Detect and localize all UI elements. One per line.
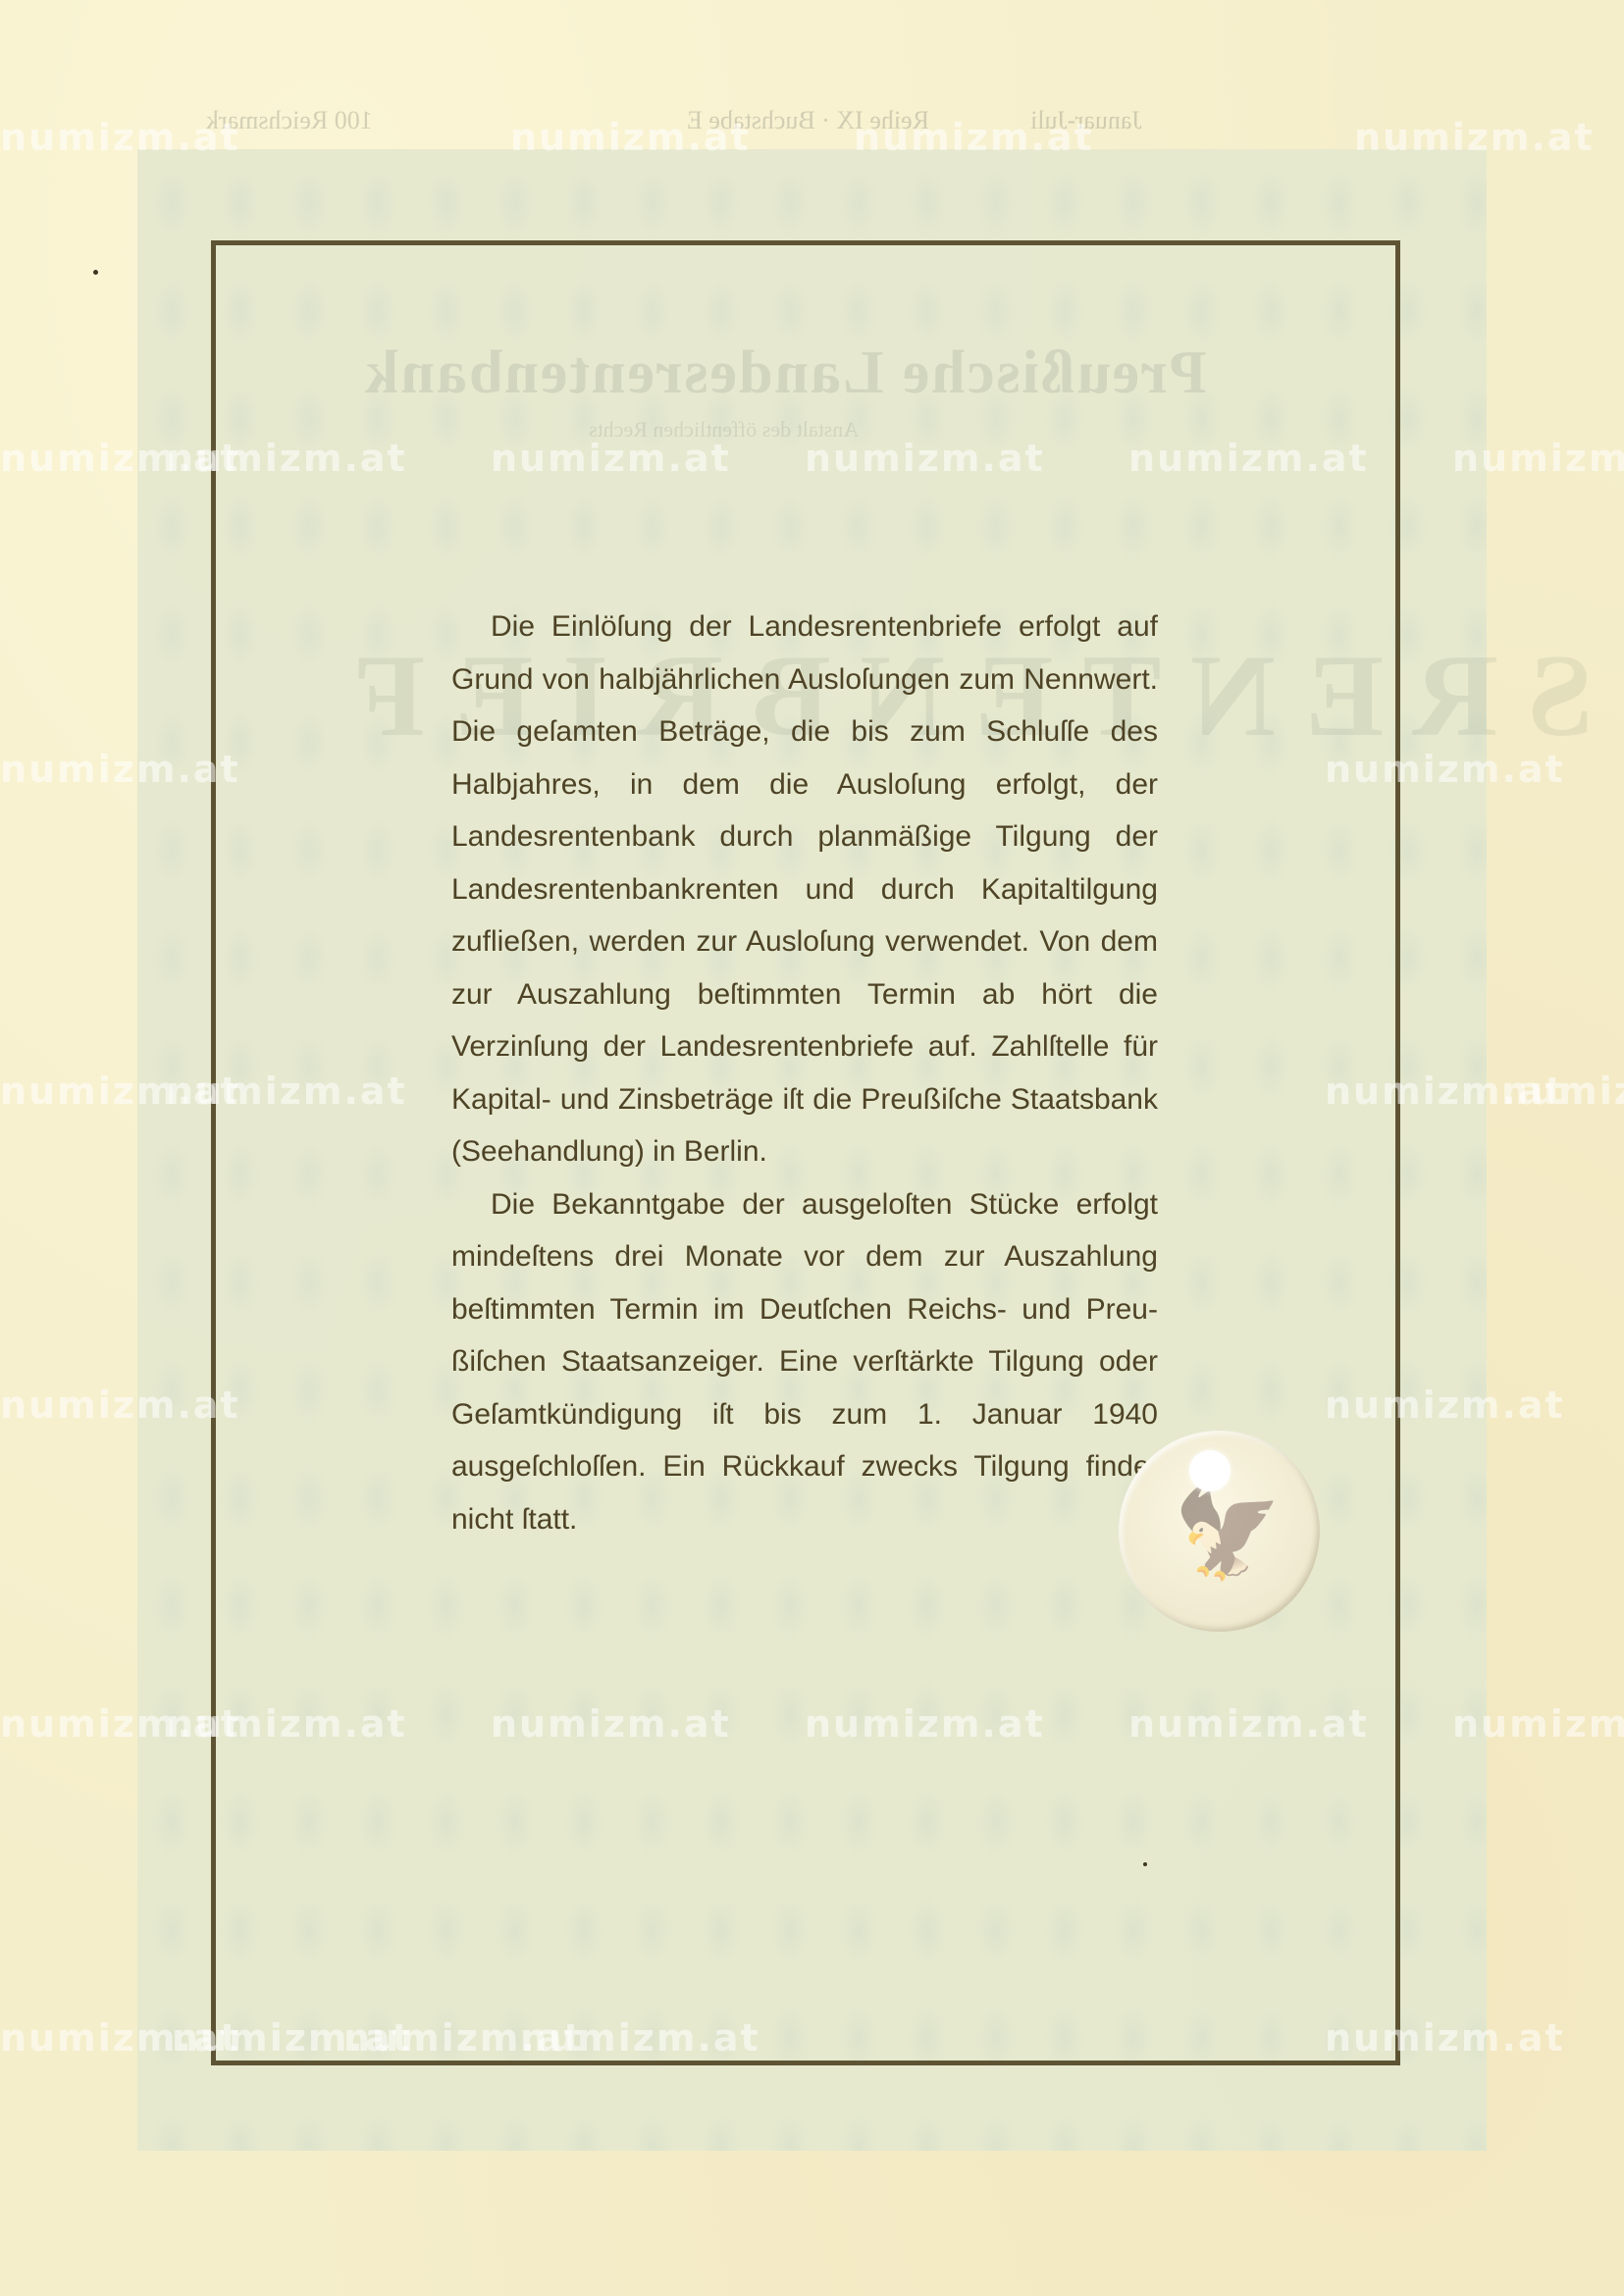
speck	[1143, 1862, 1147, 1866]
watermark: numizm.at	[491, 1702, 731, 1746]
watermark: numizm.at	[1501, 1070, 1624, 1113]
watermark: numizm.at	[1452, 1702, 1624, 1746]
paragraph-announcement: Die Bekanntgabe der ausgeloſten Stücke e…	[451, 1178, 1158, 1546]
watermark: numizm.at	[1128, 437, 1369, 480]
watermark: numizm.at	[854, 116, 1094, 159]
watermark: numizm.at	[0, 116, 240, 159]
punch-hole	[1189, 1450, 1231, 1491]
watermark: numizm.at	[1325, 748, 1565, 791]
watermark: numizm.at	[167, 1702, 407, 1746]
watermark: numizm.at	[0, 1383, 240, 1427]
watermark: numizm.at	[520, 2016, 760, 2060]
watermark: numizm.at	[510, 116, 751, 159]
watermark: numizm.at	[491, 437, 731, 480]
watermark: numizm.at	[1325, 2016, 1565, 2060]
paragraph-redemption: Die Einlöſung der Landesrentenbriefe erf…	[451, 600, 1158, 1178]
watermark: numizm.at	[1452, 437, 1624, 480]
watermark: numizm.at	[1325, 1383, 1565, 1427]
watermark: numizm.at	[167, 437, 407, 480]
watermark: numizm.at	[805, 1702, 1045, 1746]
watermark: numizm.at	[1354, 116, 1595, 159]
watermark: numizm.at	[1128, 1702, 1369, 1746]
watermark: numizm.at	[0, 748, 240, 791]
document-body: Die Einlöſung der Landesrentenbriefe erf…	[451, 600, 1158, 1545]
watermark: numizm.at	[167, 1070, 407, 1113]
eagle-icon: 🦅	[1173, 1482, 1283, 1585]
speck	[93, 270, 98, 275]
watermark: numizm.at	[805, 437, 1045, 480]
